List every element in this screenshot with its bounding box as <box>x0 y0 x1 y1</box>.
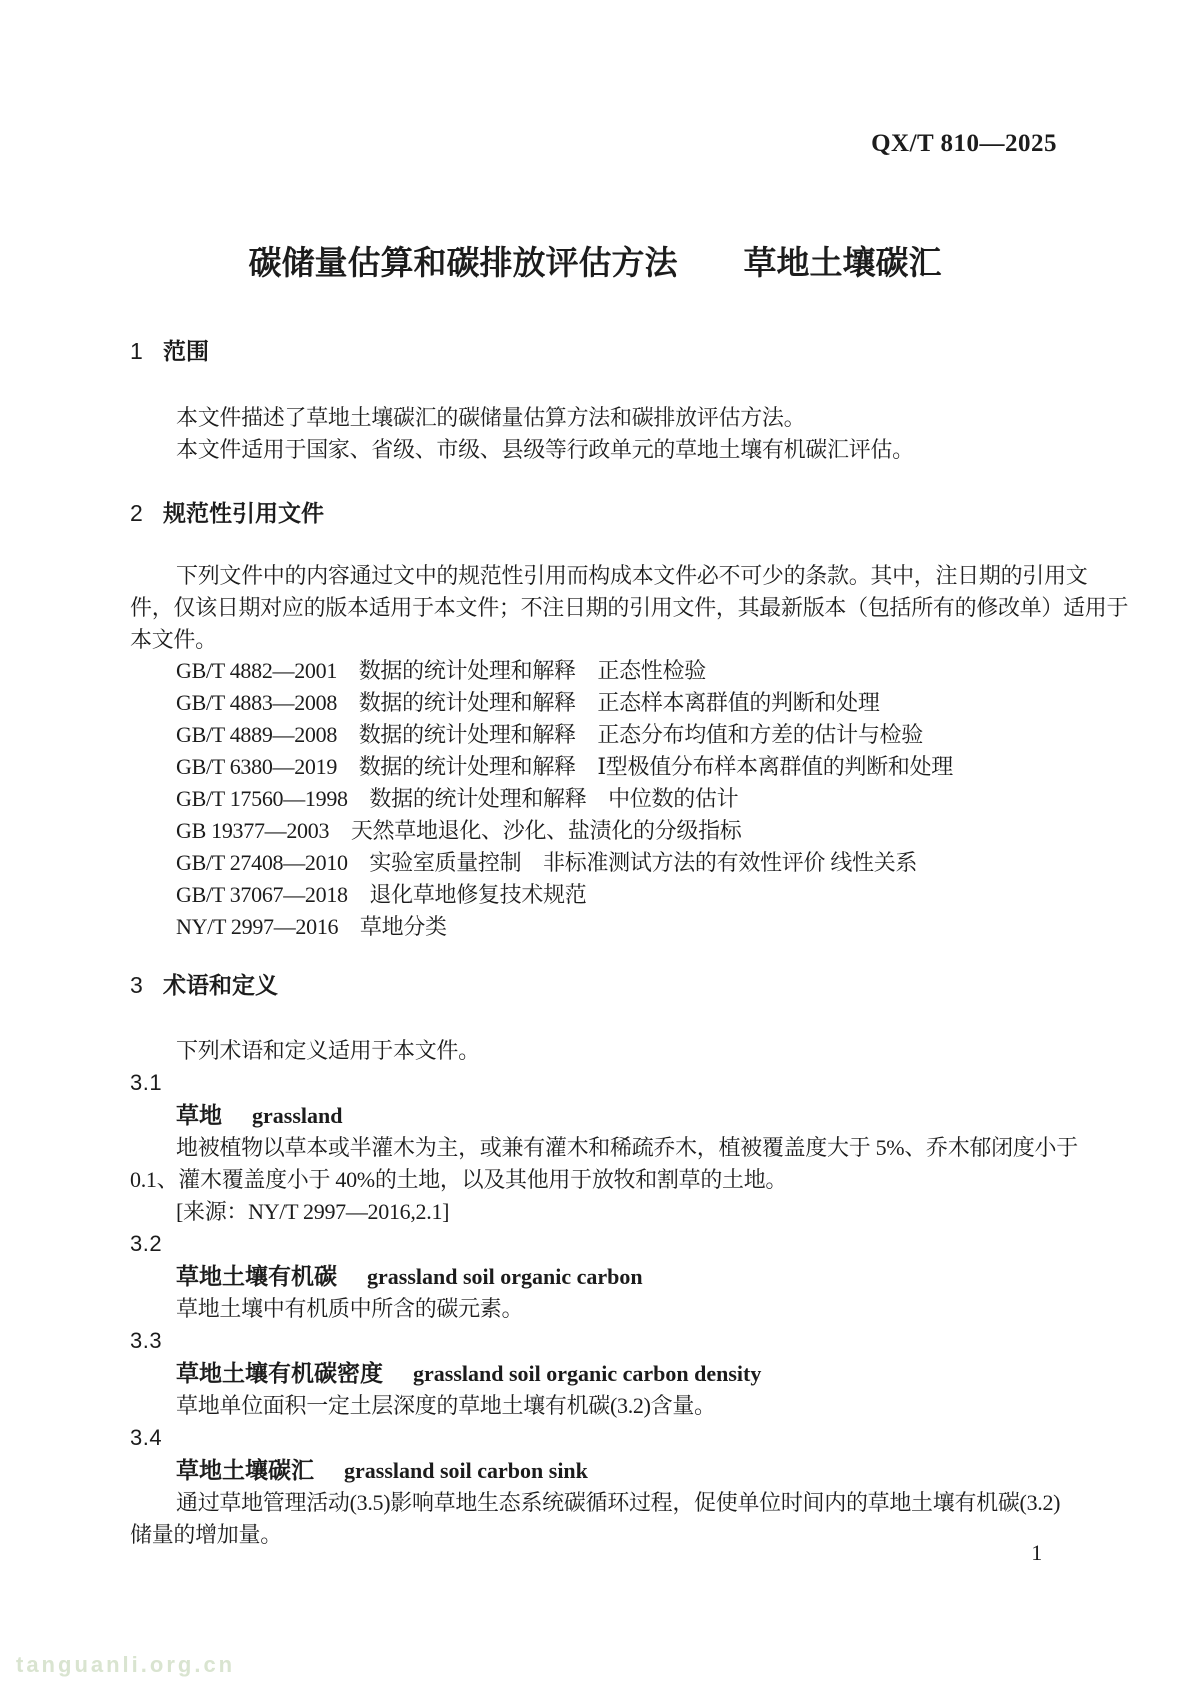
reference-item: GB/T 27408—2010 实验室质量控制 非标准测试方法的有效性评价 线性… <box>130 847 1060 879</box>
term-definition-line: 储量的增加量。 <box>130 1519 1060 1551</box>
term-heading: 草地土壤有机碳密度grassland soil organic carbon d… <box>130 1357 1060 1390</box>
watermark-text: tanguanli.org.cn <box>16 1652 235 1678</box>
term-definition-line: 地被植物以草本或半灌木为主，或兼有灌木和稀疏乔木，植被覆盖度大于 5%、乔木郁闭… <box>130 1132 1060 1164</box>
paragraph-line: 本文件。 <box>130 624 1060 656</box>
paragraph-line: 本文件适用于国家、省级、市级、县级等行政单元的草地土壤有机碳汇评估。 <box>130 434 1060 466</box>
term-heading: 草地土壤有机碳grassland soil organic carbon <box>130 1260 1060 1293</box>
paragraph-line: 件，仅该日期对应的版本适用于本文件；不注日期的引用文件，其最新版本（包括所有的修… <box>130 592 1060 624</box>
section-3-intro: 下列术语和定义适用于本文件。 <box>130 1035 1060 1067</box>
section-1-title: 范围 <box>163 338 209 364</box>
section-1-body: 本文件描述了草地土壤碳汇的碳储量估算方法和碳排放评估方法。 本文件适用于国家、省… <box>130 402 1060 466</box>
term-en-label: grassland soil carbon sink <box>344 1458 588 1483</box>
reference-item: GB/T 4882—2001 数据的统计处理和解释 正态性检验 <box>130 655 1060 687</box>
term-en-label: grassland soil organic carbon <box>367 1264 643 1289</box>
term-en-label: grassland soil organic carbon density <box>413 1361 761 1386</box>
term-definition-line: 草地土壤中有机质中所含的碳元素。 <box>130 1293 1060 1325</box>
paragraph-line: 下列文件中的内容通过文中的规范性引用而构成本文件必不可少的条款。其中，注日期的引… <box>130 560 1060 592</box>
term-definition-line: 草地单位面积一定土层深度的草地土壤有机碳(3.2)含量。 <box>130 1390 1060 1422</box>
term-zh-label: 草地土壤有机碳 <box>176 1263 337 1289</box>
term-number: 3.2 <box>130 1228 1060 1260</box>
normative-references-list: GB/T 4882—2001 数据的统计处理和解释 正态性检验 GB/T 488… <box>130 655 1060 943</box>
term-heading: 草地土壤碳汇grassland soil carbon sink <box>130 1454 1060 1487</box>
term-number: 3.3 <box>130 1325 1060 1357</box>
term-en-label: grassland <box>252 1103 342 1128</box>
term-definition-line: 通过草地管理活动(3.5)影响草地生态系统碳循环过程，促使单位时间内的草地土壤有… <box>130 1487 1060 1519</box>
term-number: 3.4 <box>130 1422 1060 1454</box>
page-number: 1 <box>1031 1540 1042 1566</box>
reference-item: GB/T 4883—2008 数据的统计处理和解释 正态样本离群值的判断和处理 <box>130 687 1060 719</box>
reference-item: GB/T 17560—1998 数据的统计处理和解释 中位数的估计 <box>130 783 1060 815</box>
term-zh-label: 草地土壤有机碳密度 <box>176 1360 383 1386</box>
section-3-number: 3 <box>130 969 163 1001</box>
reference-item: GB 19377—2003 天然草地退化、沙化、盐渍化的分级指标 <box>130 815 1060 847</box>
paragraph-line: 本文件描述了草地土壤碳汇的碳储量估算方法和碳排放评估方法。 <box>130 402 1060 434</box>
section-2-intro: 下列文件中的内容通过文中的规范性引用而构成本文件必不可少的条款。其中，注日期的引… <box>130 560 1060 656</box>
reference-item: GB/T 37067—2018 退化草地修复技术规范 <box>130 879 1060 911</box>
section-2-heading: 2规范性引用文件 <box>130 497 1060 529</box>
section-2-title: 规范性引用文件 <box>163 500 324 526</box>
section-1-number: 1 <box>130 335 163 367</box>
paragraph-line: 下列术语和定义适用于本文件。 <box>130 1035 1060 1067</box>
standard-code: QX/T 810—2025 <box>871 130 1057 158</box>
term-zh-label: 草地土壤碳汇 <box>176 1457 314 1483</box>
term-zh-label: 草地 <box>176 1102 222 1128</box>
reference-item: GB/T 4889—2008 数据的统计处理和解释 正态分布均值和方差的估计与检… <box>130 719 1060 751</box>
term-number: 3.1 <box>130 1067 1060 1099</box>
section-1-heading: 1范围 <box>130 335 1060 367</box>
section-3-title: 术语和定义 <box>163 972 278 998</box>
term-heading: 草地grassland <box>130 1099 1060 1132</box>
section-2-number: 2 <box>130 497 163 529</box>
document-title: 碳储量估算和碳排放评估方法 草地土壤碳汇 <box>0 237 1190 284</box>
section-3-heading: 3术语和定义 <box>130 969 1060 1001</box>
document-page: QX/T 810—2025 碳储量估算和碳排放评估方法 草地土壤碳汇 1范围 本… <box>0 0 1190 1683</box>
terms-and-definitions: 3.1 草地grassland 地被植物以草本或半灌木为主，或兼有灌木和稀疏乔木… <box>130 1067 1060 1551</box>
term-source: [来源：NY/T 2997—2016,2.1] <box>130 1196 1060 1228</box>
reference-item: NY/T 2997—2016 草地分类 <box>130 911 1060 943</box>
term-definition-line: 0.1、灌木覆盖度小于 40%的土地，以及其他用于放牧和割草的土地。 <box>130 1164 1060 1196</box>
reference-item: GB/T 6380—2019 数据的统计处理和解释 Ⅰ型极值分布样本离群值的判断… <box>130 751 1060 783</box>
